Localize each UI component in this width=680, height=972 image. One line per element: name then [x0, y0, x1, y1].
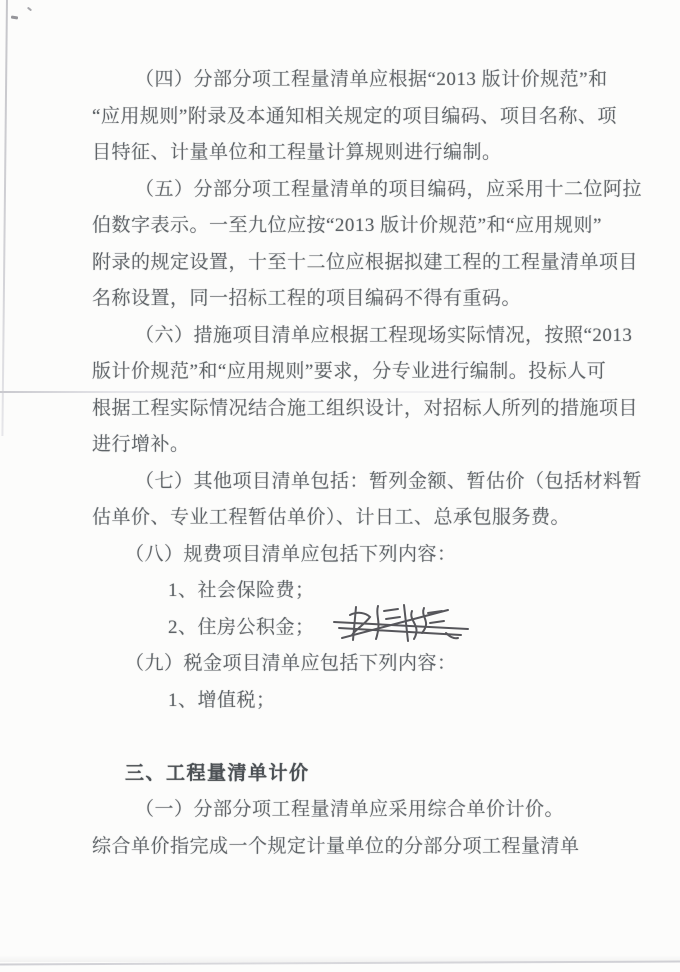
text-line-14: （八）规费项目清单应包括下列内容： [92, 537, 602, 574]
page-left-edge-line [1, 0, 7, 436]
text-line-4: （五）分部分项工程量清单的项目编码，应采用十二位阿拉 [92, 172, 602, 209]
pencil-speck-mark [11, 16, 18, 20]
pencil-speck-mark [27, 7, 32, 12]
section-heading: 三、工程量清单计价 [92, 756, 602, 793]
scanned-document-page: （四）分部分项工程量清单应根据“2013 版计价规范”和“应用规则”附录及本通知… [0, 0, 680, 972]
text-line-9: 版计价规范”和“应用规则”要求，分专业进行编制。投标人可 [92, 354, 602, 391]
text-line-2: “应用规则”附录及本通知相关规定的项目编码、项目名称、项 [92, 99, 602, 136]
document-body: （四）分部分项工程量清单应根据“2013 版计价规范”和“应用规则”附录及本通知… [92, 62, 602, 865]
handwritten-strikethrough-scribble [332, 597, 472, 649]
text-line-10: 根据工程实际情况结合施工组织设计，对招标人所列的措施项目 [92, 391, 602, 428]
text-line-8: （六）措施项目清单应根据工程现场实际情况，按照“2013 [92, 318, 602, 355]
text-line-11: 进行增补。 [92, 427, 602, 464]
text-line-6: 附录的规定设置，十至十二位应根据拟建工程的工程量清单项目 [92, 245, 602, 282]
text-line-3: 目特征、计量单位和工程量计算规则进行编制。 [92, 135, 602, 172]
text-line-13: 估单价、专业工程暂估单价）、计日工、总承包服务费。 [92, 500, 602, 537]
text-line-21: （一）分部分项工程量清单应采用综合单价计价。 [92, 792, 602, 829]
text-line-1: （四）分部分项工程量清单应根据“2013 版计价规范”和 [92, 62, 602, 99]
text-line-18: 1、增值税； [92, 683, 602, 720]
text-line-12: （七）其他项目清单包括：暂列金额、暂估价（包括材料暂 [92, 464, 602, 501]
text-line-19 [92, 719, 602, 756]
text-line-5: 伯数字表示。一至九位应按“2013 版计价规范”和“应用规则” [92, 208, 602, 245]
text-line-22: 综合单价指完成一个规定计量单位的分部分项工程量清单 [92, 829, 602, 866]
text-line-17: （九）税金项目清单应包括下列内容： [92, 646, 602, 683]
text-line-7: 名称设置，同一招标工程的项目编码不得有重码。 [92, 281, 602, 318]
